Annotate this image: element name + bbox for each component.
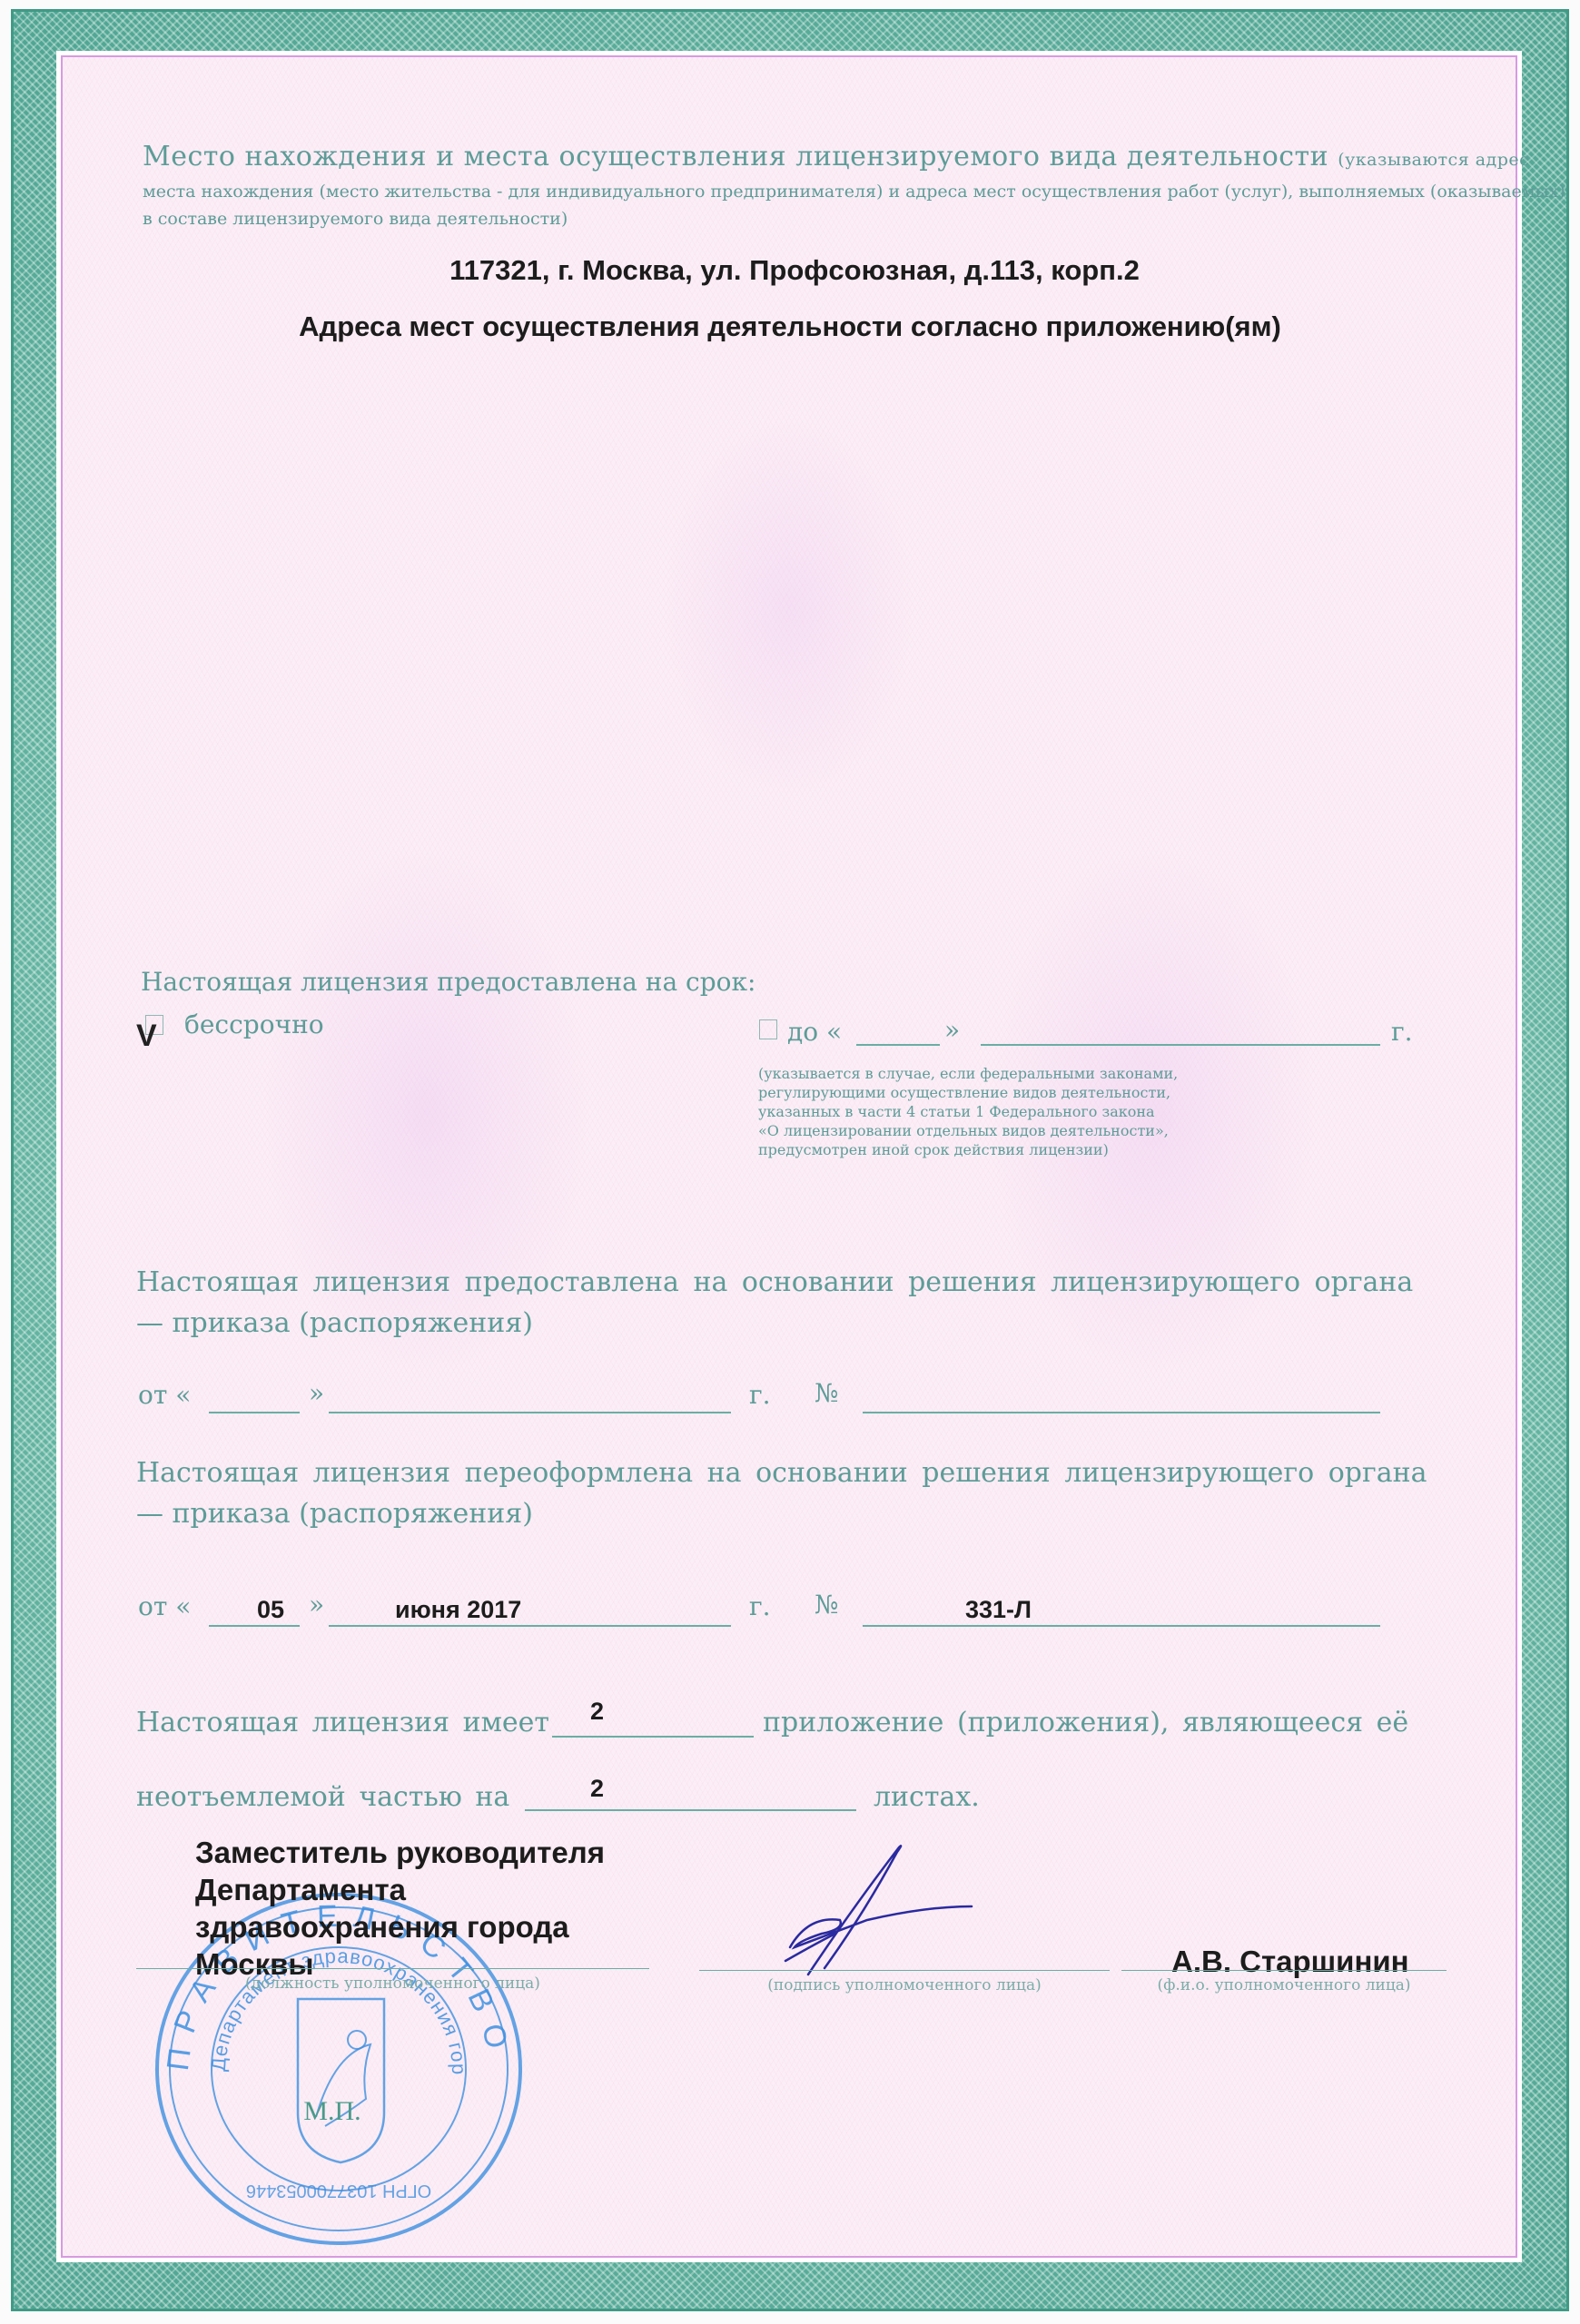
- until-quote-close: »: [944, 1015, 960, 1045]
- checkmark-icon: V: [136, 1019, 157, 1054]
- grant-text-line2: — приказа (распоряжения): [136, 1307, 533, 1339]
- sheets-suffix: листах.: [874, 1781, 980, 1813]
- position-caption: (должность уполномоченного лица): [136, 1974, 649, 1993]
- licensee-address: 117321, г. Москва, ул. Профсоюзная, д.11…: [0, 254, 1580, 287]
- reissue-date-value: июня 2017: [395, 1596, 521, 1624]
- grant-day-field[interactable]: [209, 1412, 300, 1413]
- signatory-name: А.В. Старшинин: [1171, 1945, 1409, 1979]
- until-prefix: до «: [787, 1017, 842, 1047]
- reissue-number-field[interactable]: [863, 1625, 1380, 1627]
- reissue-from-label: от «: [138, 1591, 191, 1621]
- grant-from-label: от «: [138, 1380, 191, 1410]
- sheets-prefix: неотъемлемой частью на: [136, 1781, 509, 1813]
- header-title-note: (указываются адрес: [1338, 150, 1529, 170]
- reissue-text-line1: Настоящая лицензия переоформлена на осно…: [136, 1457, 1427, 1489]
- name-caption: (ф.и.о. уполномоченного лица): [1121, 1976, 1447, 1994]
- signature-line: [699, 1970, 1110, 1971]
- until-year-suffix: г.: [1391, 1017, 1413, 1047]
- term-note: (указывается в случае, если федеральными…: [758, 1064, 1178, 1159]
- appendices-suffix: приложение (приложения), являющееся её: [763, 1707, 1408, 1738]
- appendices-count-field[interactable]: [552, 1736, 754, 1738]
- grant-quote-close: »: [309, 1378, 324, 1408]
- appendices-count-value: 2: [590, 1698, 604, 1726]
- activity-sites: Адреса мест осуществления деятельности с…: [0, 310, 1580, 343]
- reissue-text-line2: — приказа (распоряжения): [136, 1498, 533, 1530]
- grant-number-label: №: [815, 1378, 839, 1408]
- name-line: [1121, 1970, 1447, 1971]
- sheets-count-value: 2: [590, 1775, 604, 1803]
- header-title: Место нахождения и места осуществления л…: [143, 141, 1529, 172]
- unlimited-label: бессрочно: [184, 1009, 324, 1039]
- stamp-ogrn: ОГРН 1037700053446: [246, 2181, 431, 2201]
- reissue-quote-close: »: [309, 1590, 324, 1620]
- header-title-text: Место нахождения и места осуществления л…: [143, 141, 1328, 172]
- reissue-number-value: 331-Л: [965, 1596, 1032, 1624]
- sheets-count-field[interactable]: [525, 1809, 856, 1811]
- until-date-field[interactable]: [981, 1044, 1380, 1046]
- header-line-2: места нахождения (место жительства - для…: [143, 182, 1565, 202]
- appendices-prefix: Настоящая лицензия имеет: [136, 1707, 549, 1738]
- seal-place-label: М.П.: [303, 2096, 360, 2126]
- handwritten-signature: [772, 1834, 1008, 1988]
- header-line-3: в составе лицензируемого вида деятельнос…: [143, 209, 568, 229]
- reissue-day-field[interactable]: [209, 1625, 300, 1627]
- grant-text-line1: Настоящая лицензия предоставлена на осно…: [136, 1266, 1413, 1298]
- signature-caption: (подпись уполномоченного лица): [699, 1976, 1110, 1994]
- reissue-number-label: №: [815, 1590, 839, 1620]
- position-line: [136, 1968, 649, 1969]
- grant-date-field[interactable]: [329, 1412, 731, 1413]
- grant-year-suffix: г.: [749, 1380, 771, 1410]
- reissue-year-suffix: г.: [749, 1591, 771, 1621]
- signatory-position: Заместитель руководителя Департамента зд…: [195, 1834, 667, 1983]
- reissue-day-value: 05: [257, 1596, 284, 1624]
- until-checkbox[interactable]: [759, 1019, 777, 1039]
- reissue-date-field[interactable]: [329, 1625, 731, 1627]
- grant-number-field[interactable]: [863, 1412, 1380, 1413]
- term-title: Настоящая лицензия предоставлена на срок…: [141, 967, 755, 997]
- until-day-field[interactable]: [856, 1044, 940, 1046]
